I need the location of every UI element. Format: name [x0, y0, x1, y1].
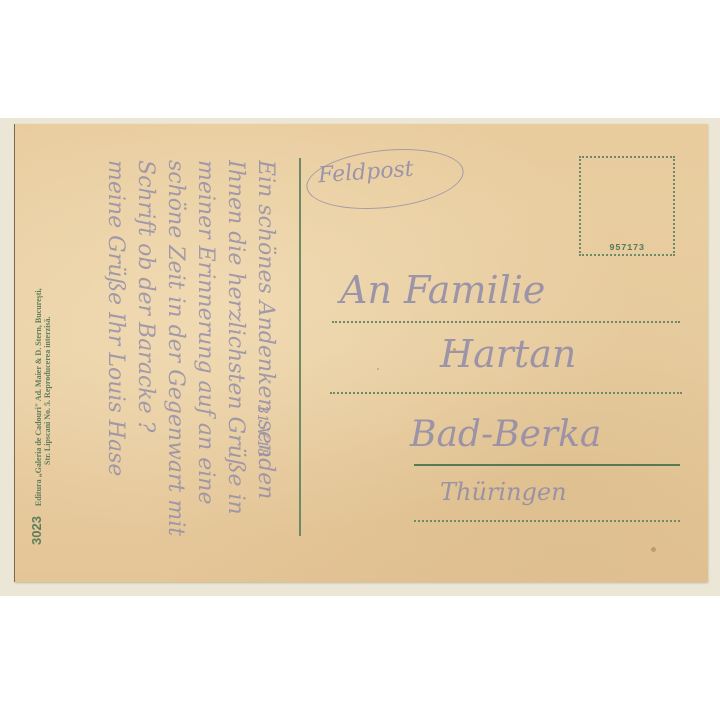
message-line: schöne Zeit in der Gegenwart mit: [160, 160, 190, 580]
address-rule-1: [332, 321, 680, 323]
stamp-placeholder: 957173: [579, 156, 675, 256]
foxing-spot: [651, 547, 656, 552]
address-line-2: Hartan: [440, 332, 576, 376]
address-rule-2: [330, 392, 682, 394]
catalog-number: 3023: [29, 516, 44, 545]
address-line-1: An Familie: [340, 268, 545, 312]
publisher-imprint: 3023 Editura „Galeria de Cadouri" Ad. Ma…: [28, 288, 46, 545]
publisher-line-1: Editura „Galeria de Cadouri" Ad. Maier &…: [34, 288, 43, 506]
message-date: 31.V.18: [254, 405, 270, 457]
serial-number: 957173: [581, 243, 673, 253]
message-line: Schrift ob der Baracke ?: [130, 160, 160, 580]
address-line-4: Thüringen: [440, 478, 567, 506]
handwritten-message: Ein schönes Andenken senden Ihnen die he…: [100, 160, 280, 580]
address-rule-4: [414, 520, 680, 522]
publisher-line-2: Str. Lipscani No. 5. Reproducerea interz…: [43, 316, 52, 465]
address-rule-3: [414, 464, 680, 466]
message-line: meiner Erinnerung auf an eine: [190, 160, 220, 580]
foxing-spot: [453, 348, 456, 351]
address-line-3: Bad-Berka: [410, 414, 601, 455]
message-line: meine Grüße Ihr Louis Hase: [100, 160, 130, 580]
foxing-spot: [377, 368, 379, 370]
message-line: Ein schönes Andenken senden: [250, 160, 280, 580]
center-divider: [299, 158, 301, 536]
message-line: Ihnen die herzlichsten Grüße in: [220, 160, 250, 580]
